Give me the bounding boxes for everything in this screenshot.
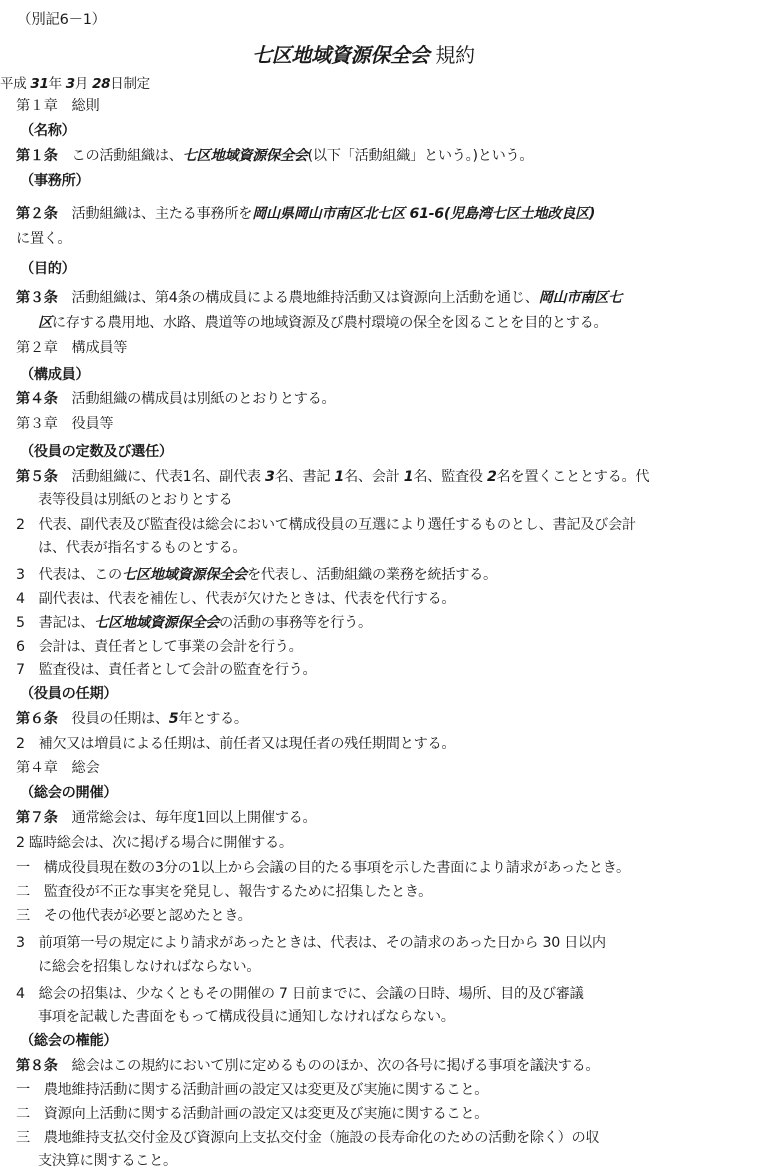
date-year-label: 年 — [49, 76, 66, 92]
text-span: 二 監査役が不正な事実を発見し、報告するために招集したとき。 — [16, 884, 432, 900]
text-line: 3 前項第一号の規定により請求があったときは、代表は、その請求のあった日から 3… — [16, 933, 606, 953]
section-heading: （総会の開催） — [20, 783, 117, 803]
article-number: 第４条 — [16, 391, 58, 407]
section-heading: （役員の任期） — [20, 684, 117, 704]
text-line: 第８条 総会はこの規約において別に定めるもののほか、次の各号に掲げる事項を議決す… — [16, 1056, 599, 1076]
text-span: の活動の事務等を行う。 — [219, 615, 372, 631]
text-line: 6 会計は、責任者として事業の会計を行う。 — [16, 637, 302, 657]
emphasized-text: 七区地域資源保全会 — [183, 148, 308, 164]
text-line: 一 農地維持活動に関する活動計画の設定又は変更及び実施に関すること。 — [16, 1080, 488, 1100]
text-line: 4 総会の招集は、少なくともその開催の 7 日前までに、会議の日時、場所、目的及… — [16, 984, 584, 1004]
text-span: 活動組織は、主たる事務所を — [58, 206, 252, 222]
text-line: 5 書記は、七区地域資源保全会の活動の事務等を行う。 — [16, 613, 372, 633]
chapter-heading: 第３章 役員等 — [16, 414, 113, 434]
text-span: 一 農地維持活動に関する活動計画の設定又は変更及び実施に関すること。 — [16, 1082, 488, 1098]
date-month: 3 — [66, 76, 75, 92]
date-day: 28 — [92, 76, 110, 92]
chapter-heading: 第４章 総会 — [16, 758, 99, 778]
text-span: に総会を招集しなければならない。 — [38, 959, 260, 975]
emphasized-text: 七区地域資源保全会 — [94, 615, 219, 631]
text-span: 名、監査役 — [413, 469, 487, 485]
text-span: は、代表が指名するものとする。 — [38, 540, 246, 556]
text-span: 一 構成役員現在数の3分の1以上から会議の目的たる事項を示した書面により請求があ… — [16, 860, 630, 876]
article-number: 第１条 — [16, 148, 58, 164]
text-span: 総会はこの規約において別に定めるもののほか、次の各号に掲げる事項を議決する。 — [58, 1058, 600, 1074]
text-span: 3 代表は、この — [16, 567, 122, 583]
text-span: （役員の定数及び選任） — [20, 444, 173, 460]
text-line: 三 農地維持支払交付金及び資源向上支払交付金（施設の長寿命化のための活動を除く）… — [16, 1128, 599, 1148]
text-span: （目的） — [20, 261, 76, 277]
text-span: 5 書記は、 — [16, 615, 94, 631]
text-span: 2 臨時総会は、次に掲げる場合に開催する。 — [16, 835, 293, 851]
text-span: 名、会計 — [344, 469, 404, 485]
text-line: 2 補欠又は増員による任期は、前任者又は現任者の残任期間とする。 — [16, 734, 455, 754]
date-month-label: 月 — [75, 76, 92, 92]
text-span: に存する農用地、水路、農道等の地域資源及び農村環境の保全を図ることを目的とする。 — [52, 315, 608, 331]
text-span: 活動組織の構成員は別紙のとおりとする。 — [58, 391, 336, 407]
text-line: 二 監査役が不正な事実を発見し、報告するために招集したとき。 — [16, 882, 432, 902]
text-span: を代表し、活動組織の業務を統括する。 — [247, 567, 497, 583]
text-span: （総会の開催） — [20, 785, 117, 801]
text-span: 通常総会は、毎年度1回以上開催する。 — [58, 810, 317, 826]
text-span: 三 農地維持支払交付金及び資源向上支払交付金（施設の長寿命化のための活動を除く）… — [16, 1130, 599, 1146]
enactment-date: 平成 31年 3月 28日制定 — [0, 74, 751, 94]
text-span: に置く。 — [16, 231, 71, 247]
emphasized-text: 1 — [334, 469, 344, 485]
text-span: 2 補欠又は増員による任期は、前任者又は現任者の残任期間とする。 — [16, 736, 455, 752]
text-line: 第５条 活動組織に、代表1名、副代表 3名、書記 1名、会計 1名、監査役 2名… — [16, 467, 649, 487]
text-line: 第６条 役員の任期は、5年とする。 — [16, 709, 248, 729]
emphasized-text: 七区地域資源保全会 — [122, 567, 247, 583]
text-span: 4 総会の招集は、少なくともその開催の 7 日前までに、会議の日時、場所、目的及… — [16, 986, 584, 1002]
section-heading: （総会の権能） — [20, 1031, 117, 1051]
text-line: に総会を招集しなければならない。 — [38, 957, 260, 977]
text-span: 3 前項第一号の規定により請求があったときは、代表は、その請求のあった日から 3… — [16, 935, 606, 951]
text-line: 第２条 活動組織は、主たる事務所を岡山県岡山市南区北七区 61-6(児島湾七区土… — [16, 204, 595, 224]
title-suffix: 規約 — [429, 43, 474, 67]
text-line: は、代表が指名するものとする。 — [38, 538, 246, 558]
text-line: 第１条 この活動組織は、七区地域資源保全会(以下「活動組織」という。)という。 — [16, 146, 533, 166]
text-line: 一 構成役員現在数の3分の1以上から会議の目的たる事項を示した書面により請求があ… — [16, 858, 630, 878]
emphasized-text: 1 — [404, 469, 414, 485]
text-span: 三 その他代表が必要と認めたとき。 — [16, 908, 252, 924]
emphasized-text: 5 — [169, 711, 179, 727]
text-span: 活動組織に、代表1名、副代表 — [58, 469, 265, 485]
text-line: 区に存する農用地、水路、農道等の地域資源及び農村環境の保全を図ることを目的とする… — [38, 313, 607, 333]
text-span: 役員の任期は、 — [58, 711, 169, 727]
text-span: （総会の権能） — [20, 1033, 117, 1049]
text-line: 7 監査役は、責任者として会計の監査を行う。 — [16, 660, 316, 680]
section-heading: （構成員） — [20, 365, 89, 385]
text-span: 6 会計は、責任者として事業の会計を行う。 — [16, 639, 302, 655]
text-span: (以下「活動組織」という。)という。 — [308, 148, 534, 164]
annex-reference: （別記6－1） — [17, 10, 106, 30]
text-span: （名称） — [20, 123, 76, 139]
text-line: 第４条 活動組織の構成員は別紙のとおりとする。 — [16, 389, 335, 409]
text-span: 名を置くこととする。代 — [497, 469, 650, 485]
document-title: 七区地域資源保全会 規約 — [252, 42, 475, 68]
article-number: 第７条 — [16, 810, 58, 826]
text-span: （役員の任期） — [20, 686, 117, 702]
text-line: 4 副代表は、代表を補佐し、代表が欠けたときは、代表を代行する。 — [16, 589, 455, 609]
section-heading: （事務所） — [20, 171, 89, 191]
emphasized-text: 岡山市南区七 — [539, 290, 622, 306]
text-span: 二 資源向上活動に関する活動計画の設定又は変更及び実施に関すること。 — [16, 1106, 488, 1122]
section-heading: （名称） — [20, 121, 76, 141]
text-span: 7 監査役は、責任者として会計の監査を行う。 — [16, 662, 316, 678]
article-number: 第３条 — [16, 290, 58, 306]
text-line: 事項を記載した書面をもって構成役員に通知しなければならない。 — [38, 1007, 455, 1027]
section-heading: （役員の定数及び選任） — [20, 442, 173, 462]
article-number: 第２条 — [16, 206, 58, 222]
date-day-label: 日制定 — [110, 76, 150, 92]
text-span: 事項を記載した書面をもって構成役員に通知しなければならない。 — [38, 1009, 455, 1025]
text-span: 支決算に関すること。 — [38, 1153, 177, 1169]
text-span: 第２章 構成員等 — [16, 340, 127, 356]
text-span: 2 代表、副代表及び監査役は総会において構成役員の互選により選任するものとし、書… — [16, 517, 636, 533]
text-span: この活動組織は、 — [58, 148, 183, 164]
text-line: 二 資源向上活動に関する活動計画の設定又は変更及び実施に関すること。 — [16, 1104, 488, 1124]
emphasized-text: 岡山県岡山市南区北七区 61-6(児島湾七区土地改良区) — [252, 206, 595, 222]
text-line: 三 その他代表が必要と認めたとき。 — [16, 906, 252, 926]
emphasized-text: 区 — [38, 315, 52, 331]
text-line: に置く。 — [16, 229, 71, 249]
text-span: 活動組織は、第4条の構成員による農地維持活動又は資源向上活動を通じ、 — [58, 290, 539, 306]
section-heading: （目的） — [20, 259, 76, 279]
text-span: 表等役員は別紙のとおりとする — [38, 492, 232, 508]
article-number: 第６条 — [16, 711, 58, 727]
text-span: 名、書記 — [275, 469, 335, 485]
text-span: 4 副代表は、代表を補佐し、代表が欠けたときは、代表を代行する。 — [16, 591, 455, 607]
text-span: （構成員） — [20, 367, 89, 383]
text-line: 2 代表、副代表及び監査役は総会において構成役員の互選により選任するものとし、書… — [16, 515, 636, 535]
text-line: 第７条 通常総会は、毎年度1回以上開催する。 — [16, 808, 316, 828]
text-line: 支決算に関すること。 — [38, 1151, 177, 1169]
text-span: （事務所） — [20, 173, 89, 189]
emphasized-text: 3 — [265, 469, 275, 485]
text-span: 第４章 総会 — [16, 760, 99, 776]
text-line: 3 代表は、この七区地域資源保全会を代表し、活動組織の業務を統括する。 — [16, 565, 497, 585]
text-line: 2 臨時総会は、次に掲げる場合に開催する。 — [16, 833, 293, 853]
text-line: 表等役員は別紙のとおりとする — [38, 490, 232, 510]
text-span: 第１章 総則 — [16, 98, 99, 114]
date-year: 31 — [30, 76, 48, 92]
date-era: 平成 — [0, 76, 30, 92]
text-line: 第３条 活動組織は、第4条の構成員による農地維持活動又は資源向上活動を通じ、岡山… — [16, 288, 622, 308]
article-number: 第５条 — [16, 469, 58, 485]
article-number: 第８条 — [16, 1058, 58, 1074]
chapter-heading: 第２章 構成員等 — [16, 338, 127, 358]
title-organization-name: 七区地域資源保全会 — [252, 43, 429, 67]
text-span: 年とする。 — [178, 711, 247, 727]
text-span: 第３章 役員等 — [16, 416, 113, 432]
emphasized-text: 2 — [487, 469, 497, 485]
chapter-heading: 第１章 総則 — [16, 96, 99, 116]
